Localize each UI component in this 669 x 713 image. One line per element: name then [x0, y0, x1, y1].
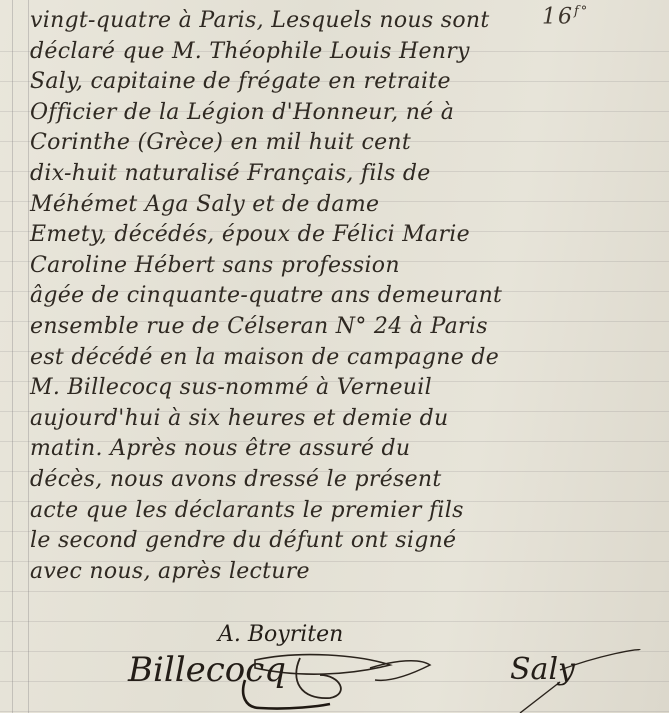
text-line: aujourd'hui à six heures et demie du	[30, 404, 660, 435]
text-line: âgée de cinquante-quatre ans demeurant	[30, 281, 660, 312]
text-line: matin. Après nous être assuré du	[30, 434, 660, 465]
text-line: Officier de la Légion d'Honneur, né à	[30, 98, 660, 129]
signature-boyriten: A. Boyriten	[218, 622, 343, 647]
text-line: acte que les déclarants le premier fils	[30, 496, 660, 527]
text-line: Emety, décédés, époux de Félici Marie	[30, 220, 660, 251]
text-line: M. Billecocq sus-nommé à Verneuil	[30, 373, 660, 404]
text-line: ensemble rue de Célseran N° 24 à Paris	[30, 312, 660, 343]
text-line: déclaré que M. Théophile Louis Henry	[30, 37, 660, 68]
text-line: Caroline Hébert sans profession	[30, 251, 660, 282]
margin-rule-outer	[12, 0, 13, 713]
text-line: Corinthe (Grèce) en mil huit cent	[30, 128, 660, 159]
text-line: est décédé en la maison de campagne de	[30, 343, 660, 374]
text-line: décès, nous avons dressé le présent	[30, 465, 660, 496]
record-text: vingt-quatre à Paris, Lesquels nous sont…	[30, 6, 660, 587]
register-page: 16f° vingt-quatre à Paris, Lesquels nous…	[0, 0, 669, 713]
text-line: avec nous, après lecture	[30, 557, 660, 588]
text-line: Saly, capitaine de frégate en retraite	[30, 67, 660, 98]
text-line: dix-huit naturalisé Français, fils de	[30, 159, 660, 190]
signature-billecocq: Billecocq	[128, 650, 286, 690]
signature-saly: Saly	[510, 652, 575, 687]
text-line: le second gendre du défunt ont signé	[30, 526, 660, 557]
signature-block: A. Boyriten Billecocq Saly	[0, 620, 669, 713]
text-line: vingt-quatre à Paris, Lesquels nous sont	[30, 6, 660, 37]
text-line: Méhémet Aga Saly et de dame	[30, 190, 660, 221]
margin-rule-inner	[28, 0, 29, 713]
